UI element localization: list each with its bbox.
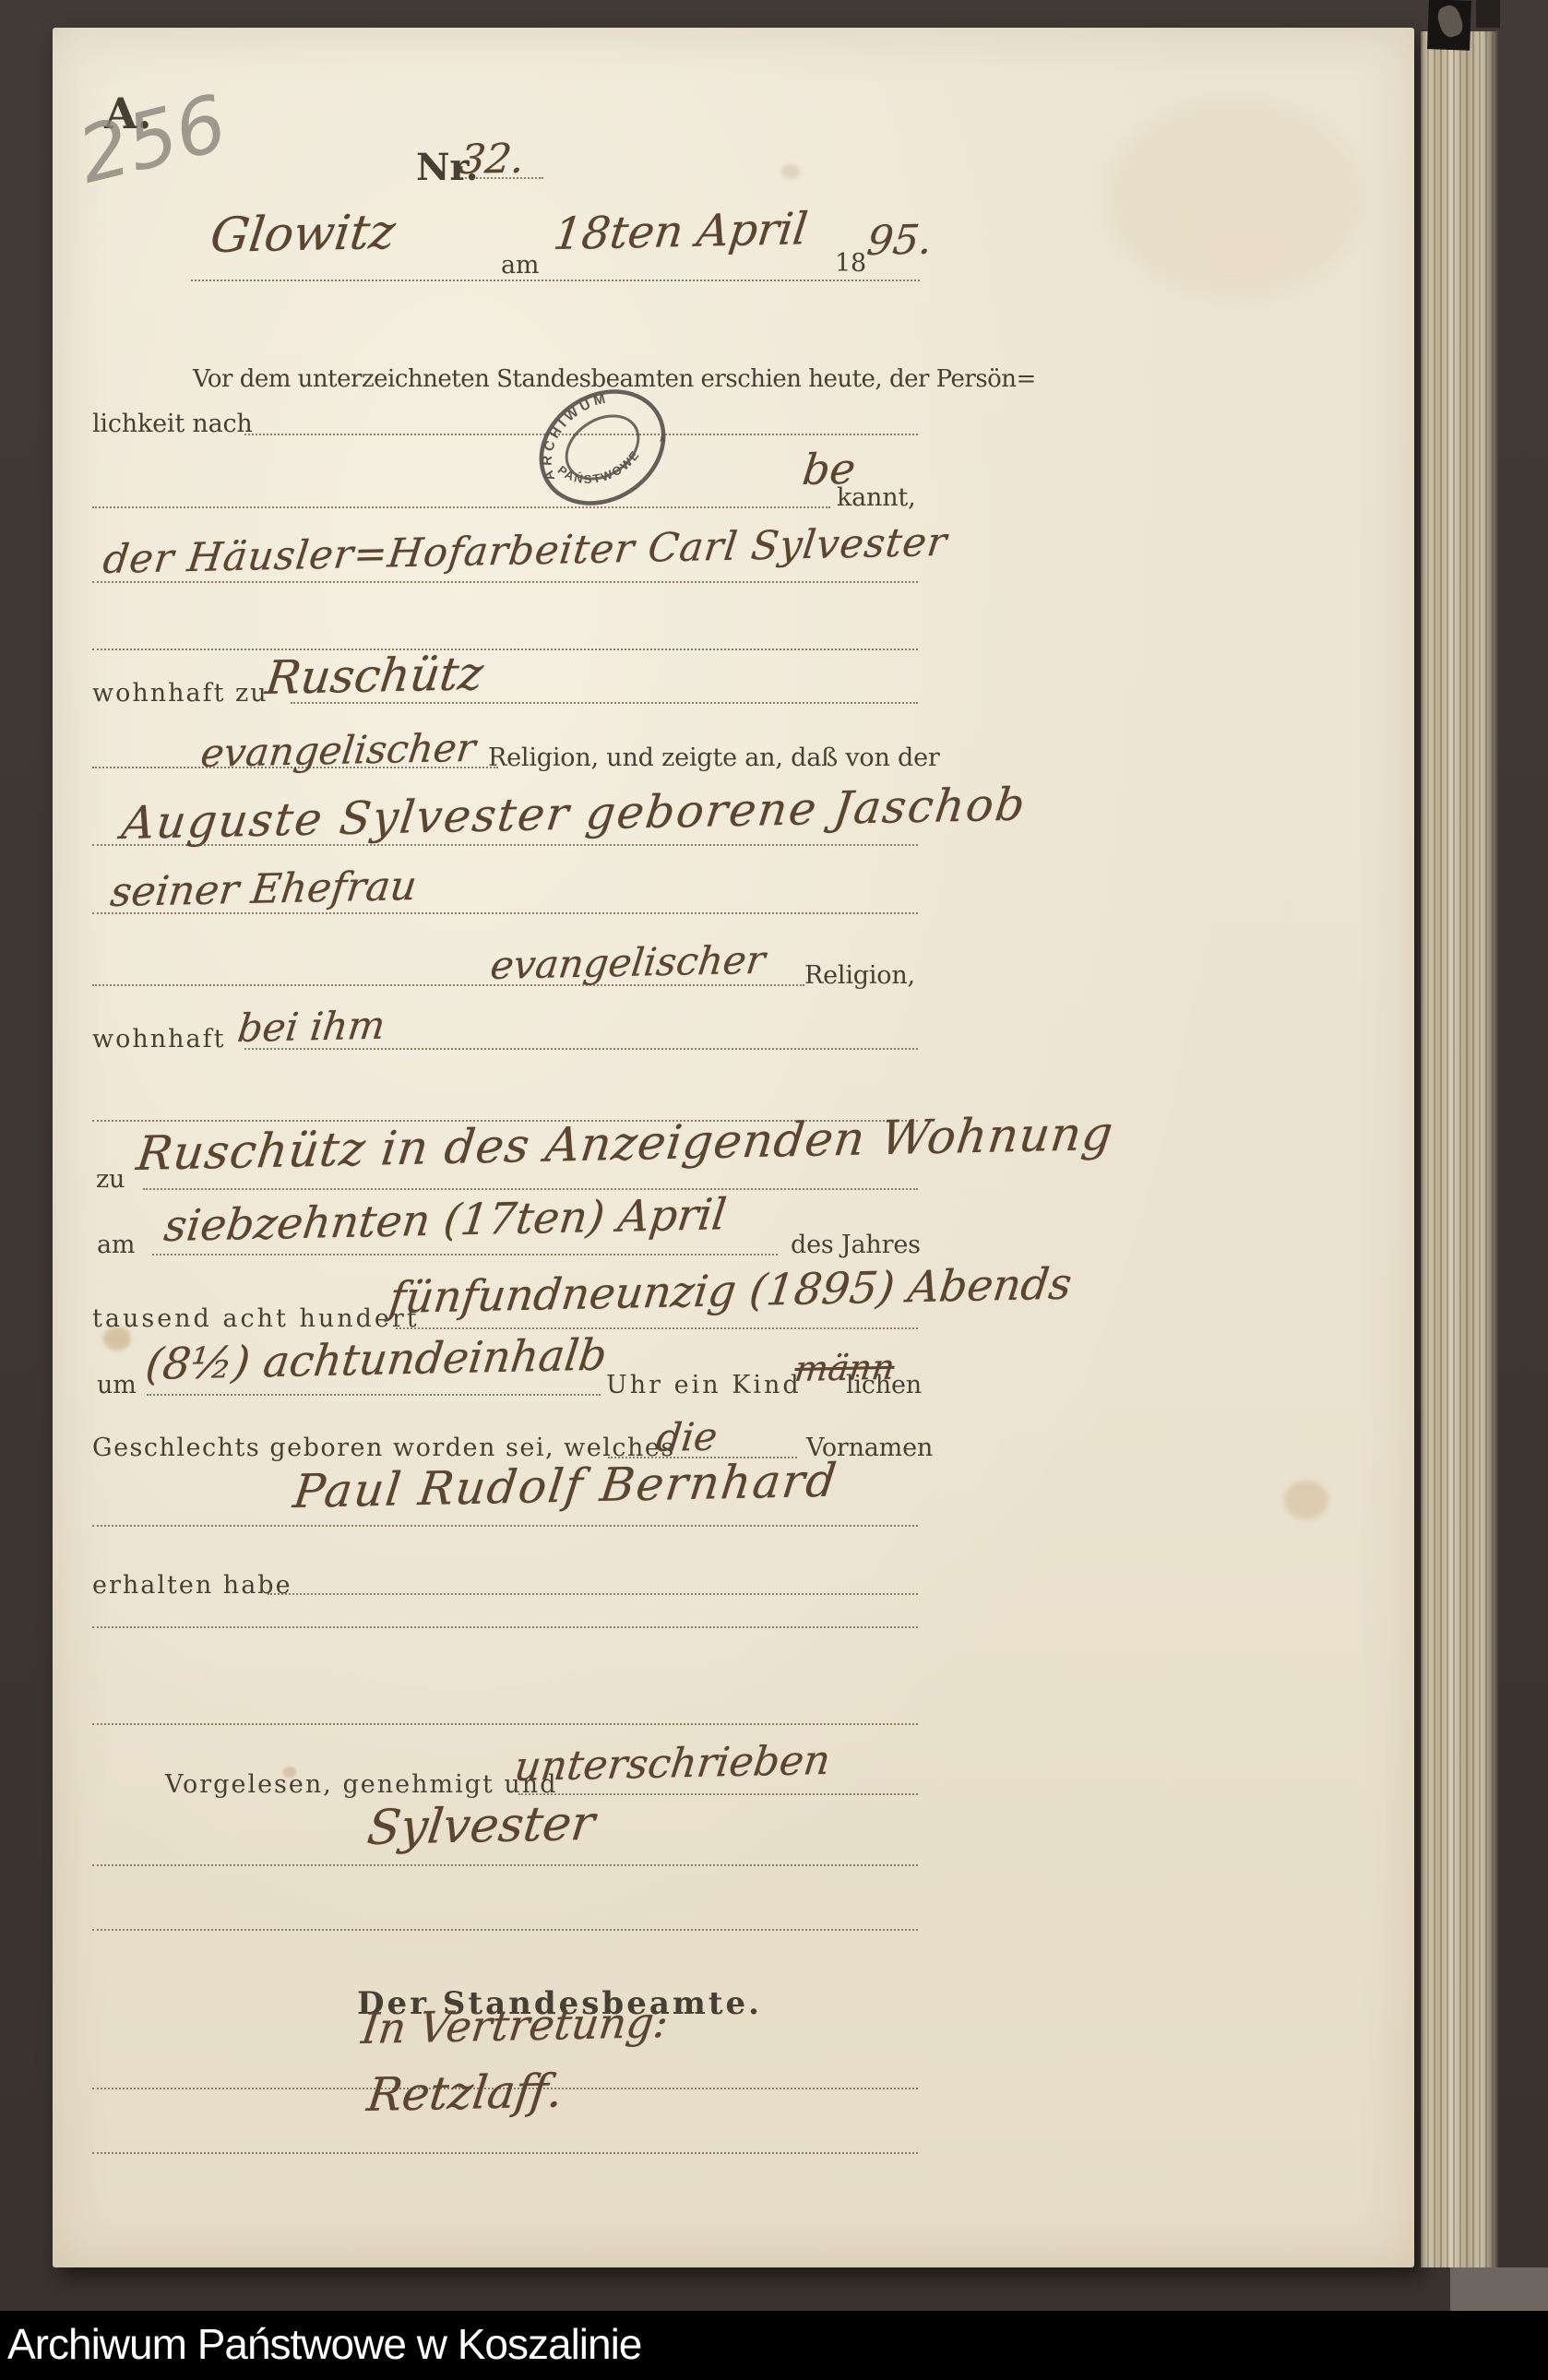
- dotted-line: [92, 984, 804, 986]
- intro-line2: lichkeit nach: [92, 410, 253, 438]
- dotted-line: [92, 2152, 918, 2154]
- birthplace-value: Ruschütz in des Anzeigenden Wohnung: [134, 1107, 1116, 1182]
- declarant-signature: Sylvester: [364, 1796, 598, 1856]
- year-hand-value: 95.: [864, 217, 935, 265]
- birth-jahr-label: des Jahres: [791, 1231, 921, 1259]
- religion1-value: evangelischer: [198, 725, 478, 776]
- dotted-line: [396, 1327, 918, 1329]
- date-day-value: 18ten April: [551, 203, 810, 260]
- registry-form-page: A. Nr. am 18 Vor dem unterzeichneten Sta…: [53, 28, 1414, 2267]
- child-names-value: Paul Rudolf Bernhard: [291, 1454, 841, 1518]
- dotted-line: [92, 506, 830, 508]
- birth-zu-label: zu: [96, 1165, 125, 1194]
- declarant-line: der Häusler=Hofarbeiter Carl Sylvester: [101, 519, 950, 583]
- deputy-line: In Vertretung:: [359, 1997, 671, 2053]
- religion2-value: evangelischer: [488, 937, 768, 988]
- stamp-star: ✦: [655, 432, 671, 449]
- year-print: 18: [835, 249, 866, 278]
- gender-hand-value: männ: [792, 1347, 897, 1389]
- dotted-line: [92, 1525, 918, 1527]
- residence-value: Ruschütz: [263, 647, 486, 705]
- closing-hand-value: unterschrieben: [512, 1737, 833, 1791]
- stamp-text-bottom: PAŃSTWOWE: [553, 424, 646, 506]
- birthday-value: siebzehnten (17ten) April: [161, 1189, 729, 1252]
- residence2-label: wohnhaft: [92, 1025, 225, 1053]
- dateline-am-label: am: [501, 251, 539, 280]
- dotted-line: [518, 1793, 918, 1795]
- birth-am-label: am: [97, 1231, 135, 1259]
- birthtime-value: (8½) achtundeinhalb: [143, 1330, 610, 1390]
- binding-tape: [1476, 0, 1500, 28]
- paper-stain: [781, 164, 800, 179]
- dotted-line: [92, 581, 918, 583]
- birthyear-value: fünfundneunzig (1895) Abends: [387, 1259, 1075, 1324]
- dotted-line: [147, 1394, 601, 1396]
- dotted-line: [92, 1626, 918, 1628]
- dotted-line: [92, 1723, 918, 1725]
- pencil-page-number: 256: [70, 77, 235, 201]
- received-label: erhalten habe: [92, 1571, 292, 1600]
- place-value: Glowitz: [208, 205, 399, 264]
- time-um-label: um: [97, 1371, 137, 1399]
- archival-scan: A. Nr. am 18 Vor dem unterzeichneten Sta…: [0, 0, 1548, 2380]
- residence-label: wohnhaft zu: [92, 679, 268, 708]
- dotted-line: [92, 649, 918, 650]
- book-page-edges: [1421, 31, 1498, 2267]
- mother-line: Auguste Sylvester geborene Jaschob: [119, 779, 1030, 850]
- archive-caption-bar: Archiwum Państwowe w Koszalinie: [0, 2311, 1548, 2380]
- time-uhr-label: Uhr ein Kind: [606, 1371, 802, 1399]
- dotted-line: [92, 1929, 918, 1931]
- svg-text:PAŃSTWOWE: PAŃSTWOWE: [553, 424, 646, 506]
- relation-line: seiner Ehefrau: [108, 863, 419, 916]
- dotted-line: [191, 280, 920, 281]
- residence2-value: bei ihm: [235, 1003, 387, 1051]
- dotted-line: [92, 1864, 918, 1866]
- dotted-line: [268, 1593, 918, 1595]
- table-surface-patch: [1450, 2267, 1548, 2312]
- dotted-line: [143, 1188, 918, 1190]
- religion1-label: Religion, und zeigte an, daß von der: [488, 744, 940, 772]
- record-number-value: 32.: [457, 136, 527, 184]
- bekannt-hand-mark: be: [800, 444, 858, 494]
- registrar-signature: Retzlaff.: [364, 2065, 566, 2122]
- article-value: die: [654, 1414, 720, 1460]
- closing-printed-label: Vorgelesen, genehmigt und: [165, 1770, 557, 1799]
- paper-stain: [1104, 101, 1363, 295]
- dotted-line: [291, 702, 918, 704]
- names-line-label: Geschlechts geboren worden sei, welches: [92, 1434, 675, 1462]
- dotted-line: [152, 1254, 778, 1255]
- year-line-label: tausend acht hundert: [92, 1304, 420, 1333]
- paper-stain: [1284, 1481, 1328, 1519]
- religion2-label: Religion,: [804, 961, 915, 990]
- archive-caption: Archiwum Państwowe w Koszalinie: [7, 2311, 641, 2378]
